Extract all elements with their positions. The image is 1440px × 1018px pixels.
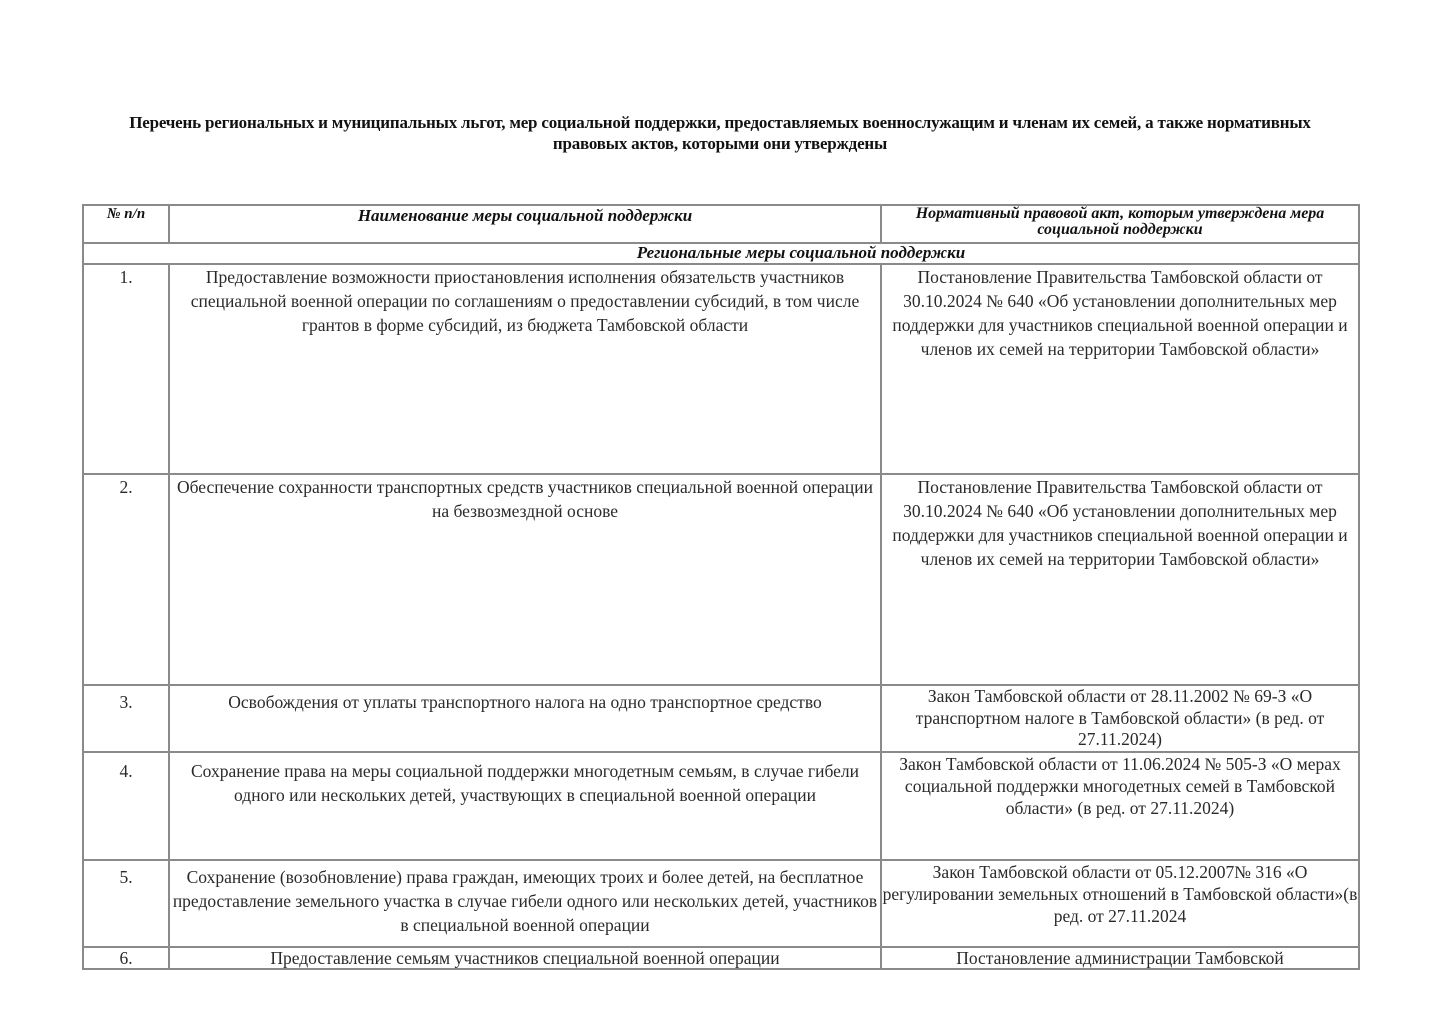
header-number: № п/п bbox=[83, 205, 169, 243]
section-heading: Региональные меры социальной поддержки bbox=[83, 243, 1359, 264]
legal-act: Постановление Правительства Тамбовской о… bbox=[881, 264, 1359, 474]
row-number: 4. bbox=[83, 752, 169, 860]
legal-act: Закон Тамбовской области от 11.06.2024 №… bbox=[881, 752, 1359, 860]
table-row: 3. Освобождения от уплаты транспортного … bbox=[83, 685, 1359, 752]
measure-name: Обеспечение сохранности транспортных сре… bbox=[169, 474, 881, 685]
legal-act: Постановление Правительства Тамбовской о… bbox=[881, 474, 1359, 685]
row-number: 3. bbox=[83, 685, 169, 752]
header-measure-name: Наименование меры социальной поддержки bbox=[169, 205, 881, 243]
measure-name: Освобождения от уплаты транспортного нал… bbox=[169, 685, 881, 752]
table-header-row: № п/п Наименование меры социальной подде… bbox=[83, 205, 1359, 243]
measure-name: Предоставление семьям участников специал… bbox=[169, 947, 881, 969]
section-heading-text: Региональные меры социальной поддержки bbox=[477, 243, 965, 262]
legal-act: Закон Тамбовской области от 05.12.2007№ … bbox=[881, 860, 1359, 947]
table-row: 1. Предоставление возможности приостанов… bbox=[83, 264, 1359, 474]
table-row: 2. Обеспечение сохранности транспортных … bbox=[83, 474, 1359, 685]
social-support-table: № п/п Наименование меры социальной подде… bbox=[82, 204, 1360, 970]
row-number: 1. bbox=[83, 264, 169, 474]
table-row: 4. Сохранение права на меры социальной п… bbox=[83, 752, 1359, 860]
measure-name: Предоставление возможности приостановлен… bbox=[169, 264, 881, 474]
table-row: 5. Сохранение (возобновление) права граж… bbox=[83, 860, 1359, 947]
measure-name: Сохранение (возобновление) права граждан… bbox=[169, 860, 881, 947]
row-number: 5. bbox=[83, 860, 169, 947]
measure-name: Сохранение права на меры социальной подд… bbox=[169, 752, 881, 860]
document-title: Перечень региональных и муниципальных ль… bbox=[100, 112, 1340, 154]
table-row: 6. Предоставление семьям участников спец… bbox=[83, 947, 1359, 969]
row-number: 6. bbox=[83, 947, 169, 969]
row-number: 2. bbox=[83, 474, 169, 685]
legal-act: Постановление администрации Тамбовской bbox=[881, 947, 1359, 969]
legal-act: Закон Тамбовской области от 28.11.2002 №… bbox=[881, 685, 1359, 752]
header-legal-act: Нормативный правовой акт, которым утверж… bbox=[881, 205, 1359, 243]
section-row: Региональные меры социальной поддержки bbox=[83, 243, 1359, 264]
